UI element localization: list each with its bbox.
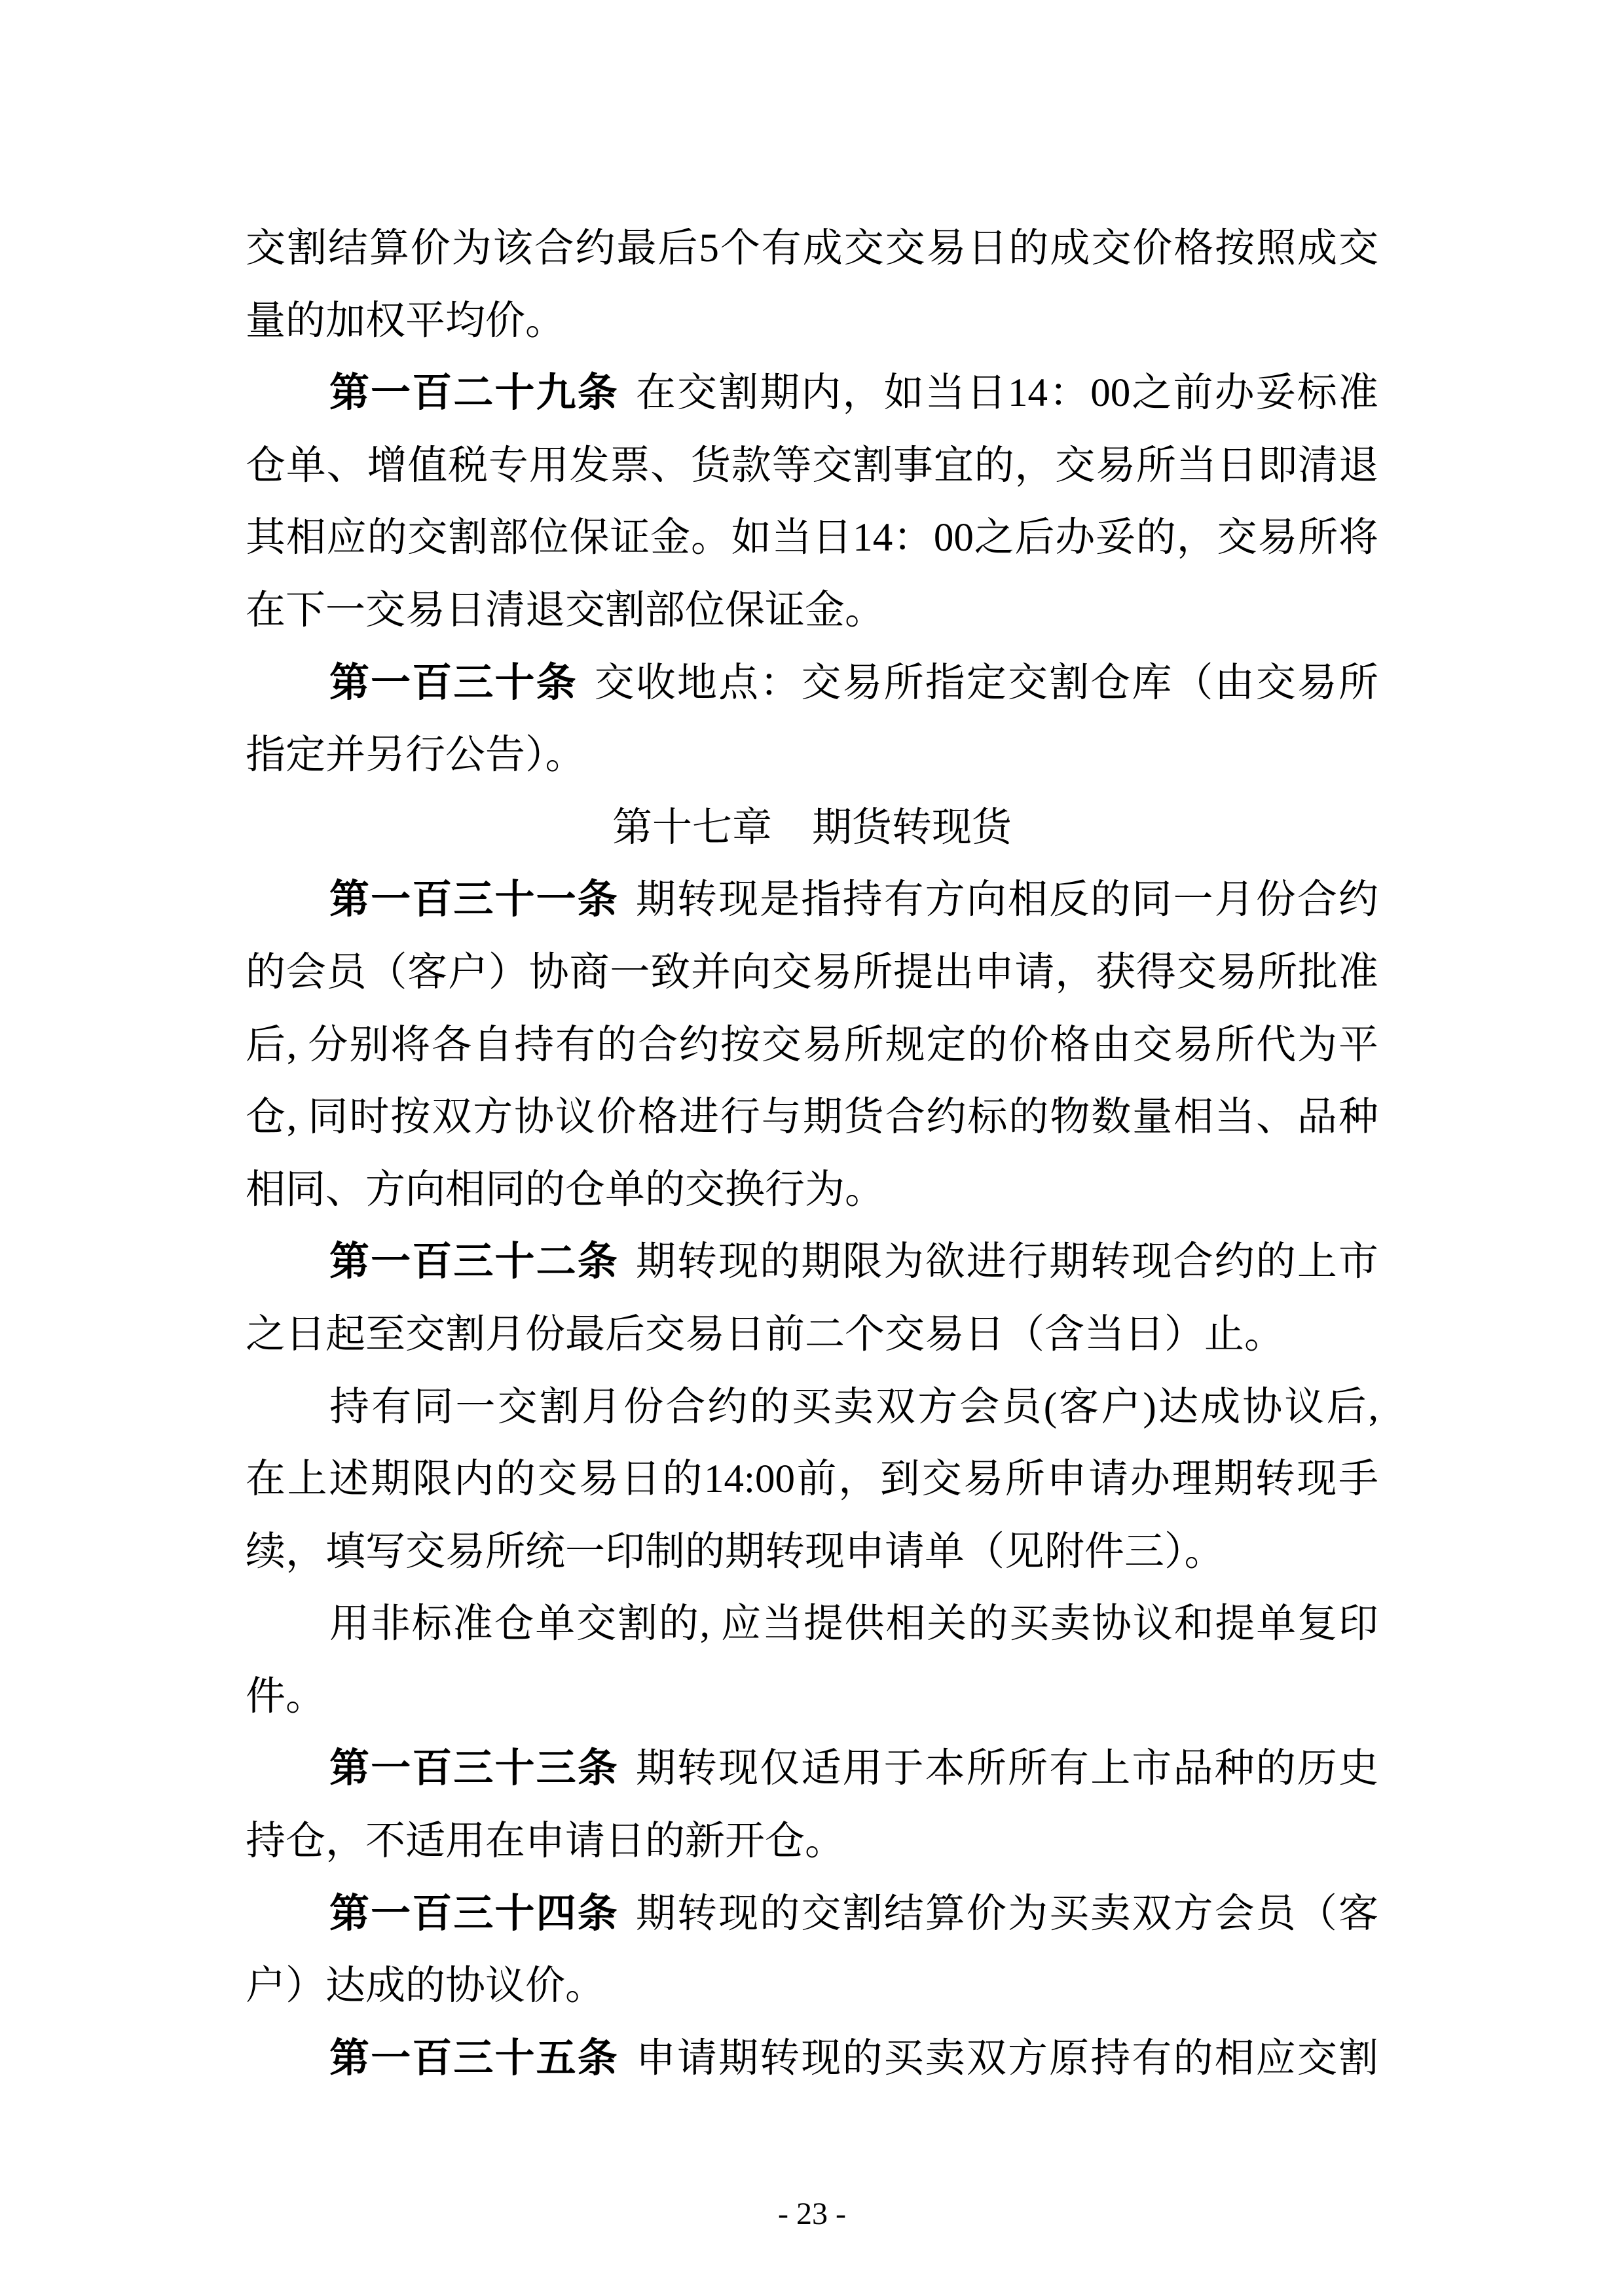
text-line: 其相应的交割部位保证金。如当日14：00之后办妥的，交易所将 [246, 502, 1378, 575]
text-line: 件。 [246, 1661, 1378, 1734]
text-line: 第一百三十四条期转现的交割结算价为买卖双方会员（客 [246, 1878, 1378, 1951]
text-line: 量的加权平均价。 [246, 285, 1378, 358]
line-text: 第十七章 期货转现货 [612, 806, 1012, 850]
text-line: 的会员（客户）协商一致并向交易所提出申请，获得交易所批准 [246, 937, 1378, 1010]
line-text: 持仓，不适用在申请日的新开仓。 [246, 1819, 845, 1863]
document-page: 交割结算价为该合约最后5个有成交交易日的成交价格按照成交量的加权平均价。第一百二… [0, 0, 1624, 2296]
text-line: 在上述期限内的交易日的14:00前，到交易所申请办理期转现手 [246, 1444, 1378, 1516]
article-number: 第一百三十条 [329, 661, 578, 705]
line-text: 户）达成的协议价。 [246, 1964, 605, 2008]
line-text: 仓, 同时按双方协议价格进行与期货合约标的物数量相当、品种 [246, 1095, 1378, 1139]
line-text: 持有同一交割月份合约的买卖双方会员(客户)达成协议后, [329, 1385, 1378, 1429]
line-text: 其相应的交割部位保证金。如当日14：00之后办妥的，交易所将 [246, 516, 1378, 560]
line-text: 件。 [246, 1675, 325, 1719]
text-line: 第一百三十五条申请期转现的买卖双方原持有的相应交割 [246, 2023, 1378, 2096]
line-text: 用非标准仓单交割的, 应当提供相关的买卖协议和提单复印 [329, 1602, 1378, 1646]
line-text: 之日起至交割月份最后交易日前二个交易日（含当日）止。 [246, 1313, 1284, 1357]
line-text: 仓单、增值税专用发票、货款等交割事宜的，交易所当日即清退 [246, 444, 1378, 488]
line-text: 期转现是指持有方向相反的同一月份合约 [636, 878, 1378, 922]
line-text: 期转现的交割结算价为买卖双方会员（客 [636, 1892, 1378, 1936]
text-line: 第一百三十二条期转现的期限为欲进行期转现合约的上市 [246, 1226, 1378, 1299]
text-line: 仓, 同时按双方协议价格进行与期货合约标的物数量相当、品种 [246, 1082, 1378, 1154]
text-line: 后, 分别将各自持有的合约按交易所规定的价格由交易所代为平 [246, 1010, 1378, 1082]
line-text: 量的加权平均价。 [246, 299, 565, 343]
article-number: 第一百三十五条 [329, 2037, 619, 2081]
line-text: 在下一交易日清退交割部位保证金。 [246, 589, 885, 632]
line-text: 在交割期内，如当日14：00之前办妥标准 [636, 371, 1378, 415]
line-text: 续，填写交易所统一印制的期转现申请单（见附件三）。 [246, 1530, 1225, 1574]
text-line: 交割结算价为该合约最后5个有成交交易日的成交价格按照成交 [246, 213, 1378, 285]
line-text: 相同、方向相同的仓单的交换行为。 [246, 1168, 885, 1212]
line-text: 在上述期限内的交易日的14:00前，到交易所申请办理期转现手 [246, 1457, 1378, 1501]
line-text: 指定并另行公告）。 [246, 733, 585, 777]
text-block: 交割结算价为该合约最后5个有成交交易日的成交价格按照成交量的加权平均价。第一百二… [246, 213, 1378, 2095]
line-text: 的会员（客户）协商一致并向交易所提出申请，获得交易所批准 [246, 951, 1378, 994]
text-line: 第一百三十条交收地点：交易所指定交割仓库（由交易所 [246, 647, 1378, 720]
text-line: 仓单、增值税专用发票、货款等交割事宜的，交易所当日即清退 [246, 430, 1378, 503]
article-number: 第一百三十三条 [329, 1747, 619, 1791]
line-text: 交割结算价为该合约最后5个有成交交易日的成交价格按照成交 [246, 227, 1378, 270]
text-line: 户）达成的协议价。 [246, 1950, 1378, 2023]
text-line: 持仓，不适用在申请日的新开仓。 [246, 1806, 1378, 1878]
text-line: 第一百三十三条期转现仅适用于本所所有上市品种的历史 [246, 1733, 1378, 1806]
text-line: 第一百二十九条在交割期内，如当日14：00之前办妥标准 [246, 357, 1378, 430]
article-number: 第一百三十四条 [329, 1892, 619, 1936]
text-line: 用非标准仓单交割的, 应当提供相关的买卖协议和提单复印 [246, 1588, 1378, 1661]
text-line: 在下一交易日清退交割部位保证金。 [246, 575, 1378, 647]
line-text: 交收地点：交易所指定交割仓库（由交易所 [595, 661, 1378, 705]
article-number: 第一百二十九条 [329, 371, 619, 415]
line-text: 期转现仅适用于本所所有上市品种的历史 [636, 1747, 1378, 1791]
text-line: 指定并另行公告）。 [246, 720, 1378, 792]
article-number: 第一百三十二条 [329, 1240, 619, 1284]
text-line: 续，填写交易所统一印制的期转现申请单（见附件三）。 [246, 1516, 1378, 1589]
text-line: 持有同一交割月份合约的买卖双方会员(客户)达成协议后, [246, 1372, 1378, 1444]
line-text: 期转现的期限为欲进行期转现合约的上市 [636, 1240, 1378, 1284]
text-line: 之日起至交割月份最后交易日前二个交易日（含当日）止。 [246, 1299, 1378, 1372]
line-text: 申请期转现的买卖双方原持有的相应交割 [636, 2037, 1378, 2081]
text-line: 相同、方向相同的仓单的交换行为。 [246, 1154, 1378, 1227]
line-text: 后, 分别将各自持有的合约按交易所规定的价格由交易所代为平 [246, 1023, 1378, 1067]
text-line: 第一百三十一条期转现是指持有方向相反的同一月份合约 [246, 864, 1378, 937]
chapter-heading: 第十七章 期货转现货 [246, 792, 1378, 865]
article-number: 第一百三十一条 [329, 878, 619, 922]
page-number: - 23 - [0, 2195, 1624, 2234]
